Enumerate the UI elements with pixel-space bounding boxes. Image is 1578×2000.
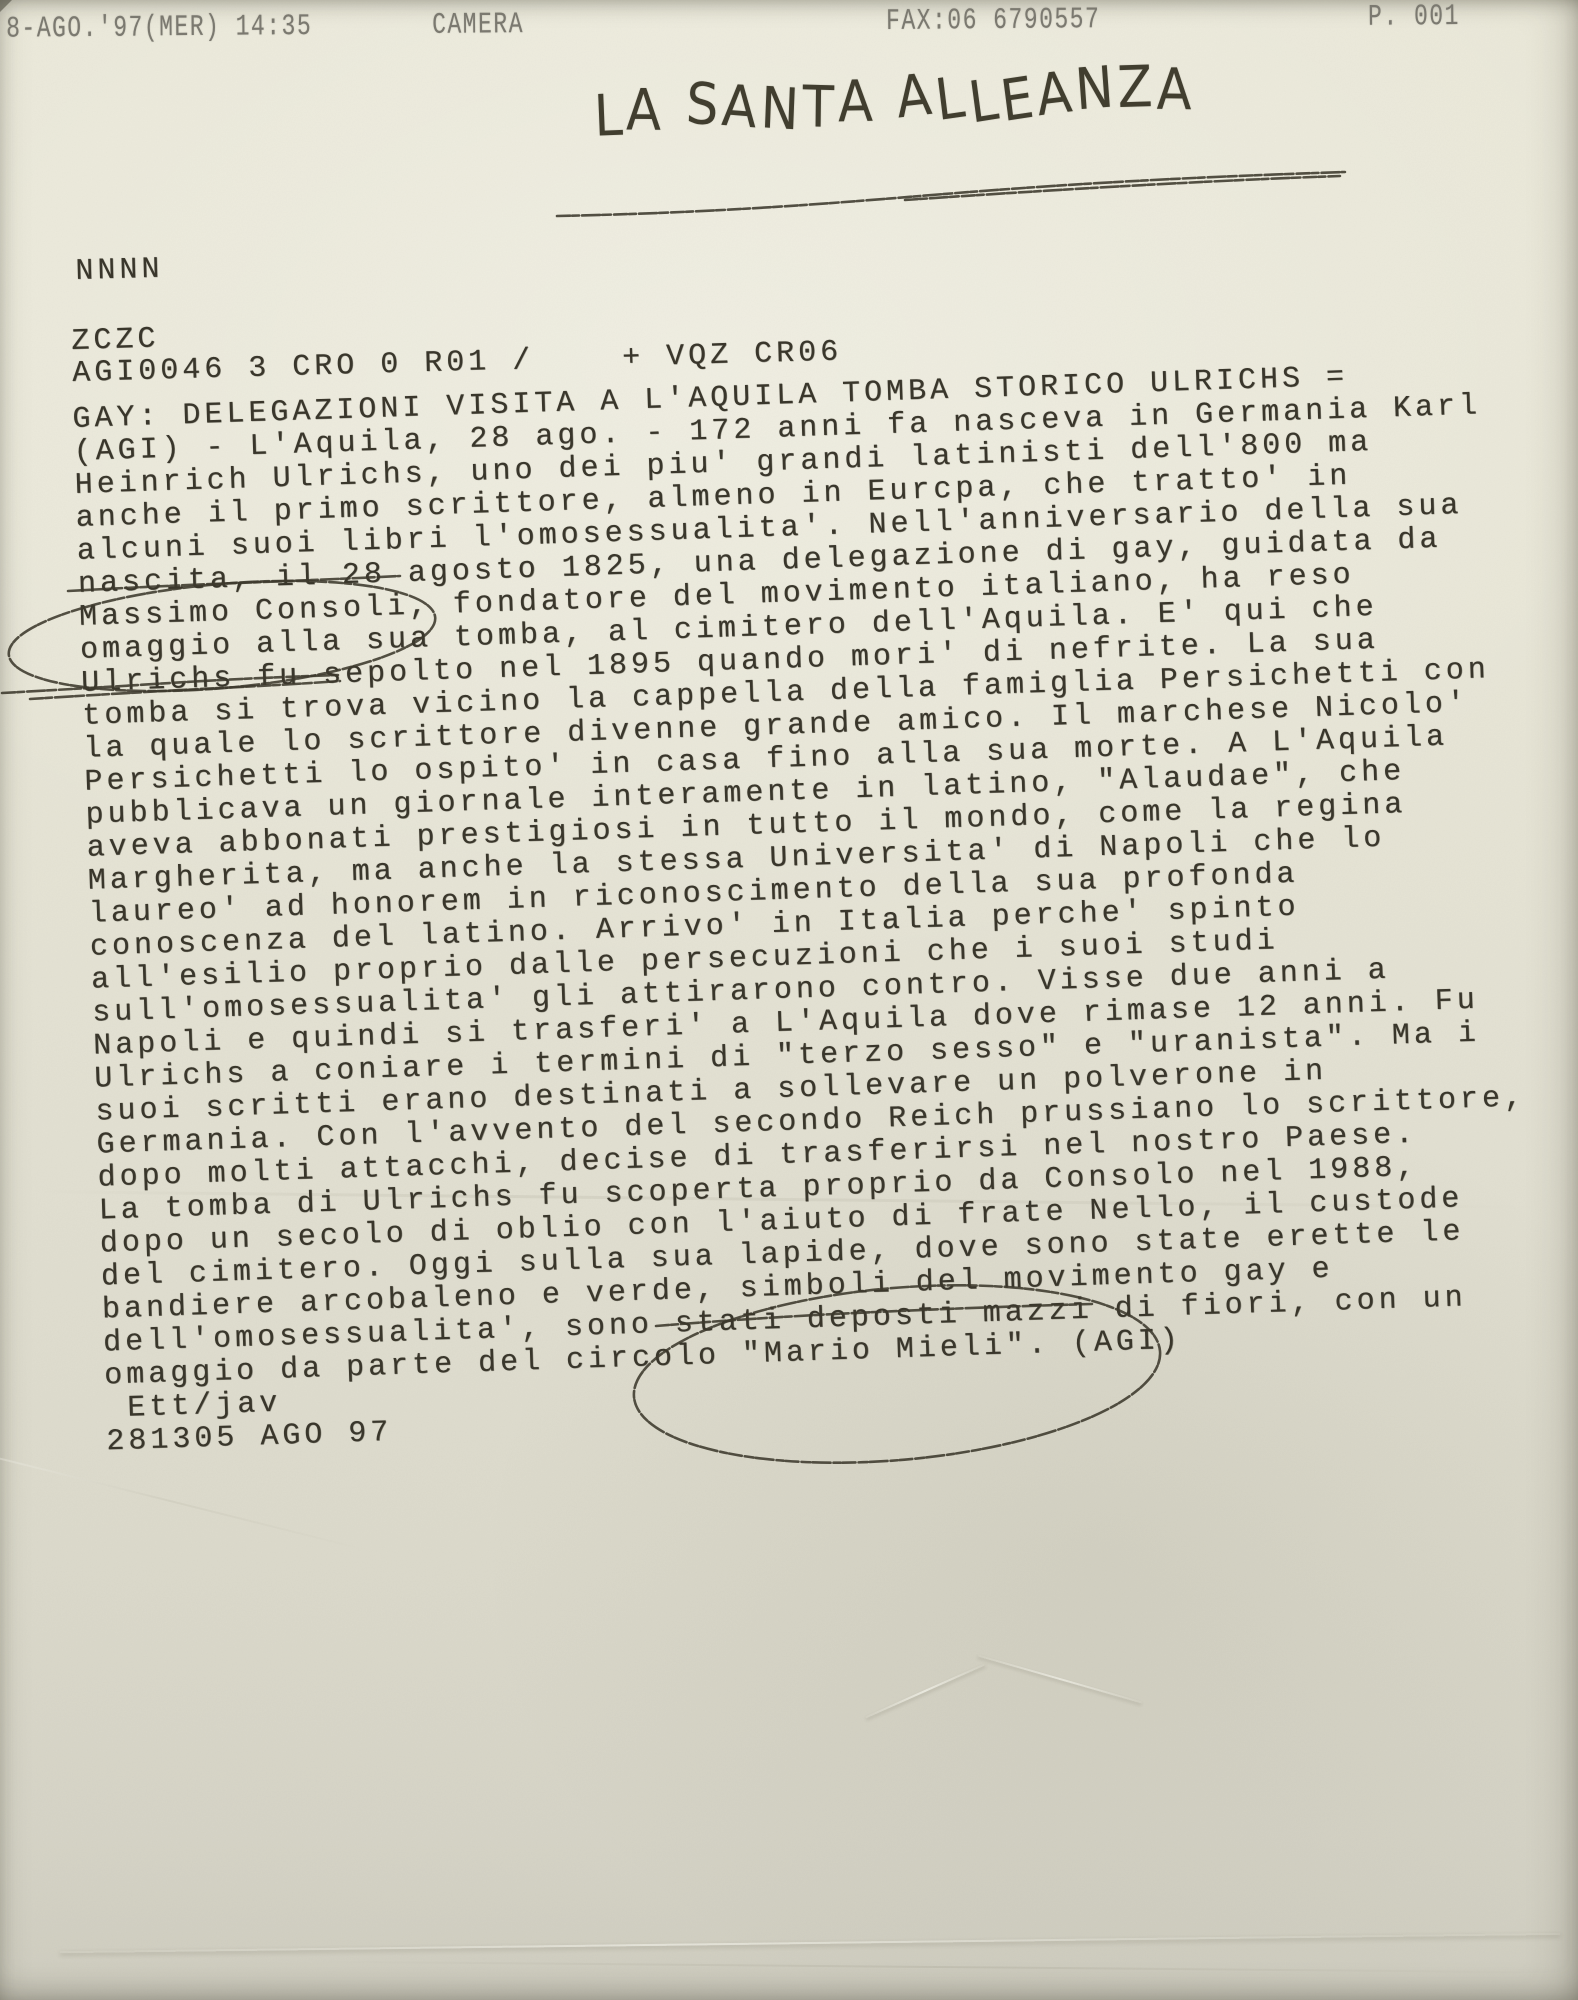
fax-page-number: P. 001 <box>1368 0 1460 34</box>
title-underline-stroke2 <box>905 176 1340 200</box>
fax-page: 8-AGO.'97(MER) 14:35 CAMERA FAX:06 67905… <box>0 0 1578 2000</box>
paper-crease <box>60 1933 1560 1953</box>
fax-datetime: 8-AGO.'97(MER) 14:35 <box>6 9 312 45</box>
paper-crease <box>300 1960 1578 1973</box>
title-underline-stroke <box>557 172 1345 216</box>
paper-crease <box>978 1655 1142 1704</box>
paper-crease <box>0 1449 374 1553</box>
fax-number: FAX:06 6790557 <box>886 2 1101 38</box>
paper-crease <box>865 1664 985 1719</box>
fax-sender: CAMERA <box>432 7 524 42</box>
scan-edge-artifact <box>0 0 12 12</box>
telex-routing: ZCZC AGI0046 3 CRO 0 R01 / + VQZ CR06 <box>71 304 843 389</box>
fax-header: 8-AGO.'97(MER) 14:35 CAMERA FAX:06 67905… <box>0 0 1578 58</box>
telex-body: GAY: DELEGAZIONI VISITA A L'AQUILA TOMBA… <box>72 357 1536 1460</box>
telex-start-marker: NNNN <box>75 254 164 289</box>
handwritten-title: LA SANTA ALLEANZA <box>593 56 1197 146</box>
